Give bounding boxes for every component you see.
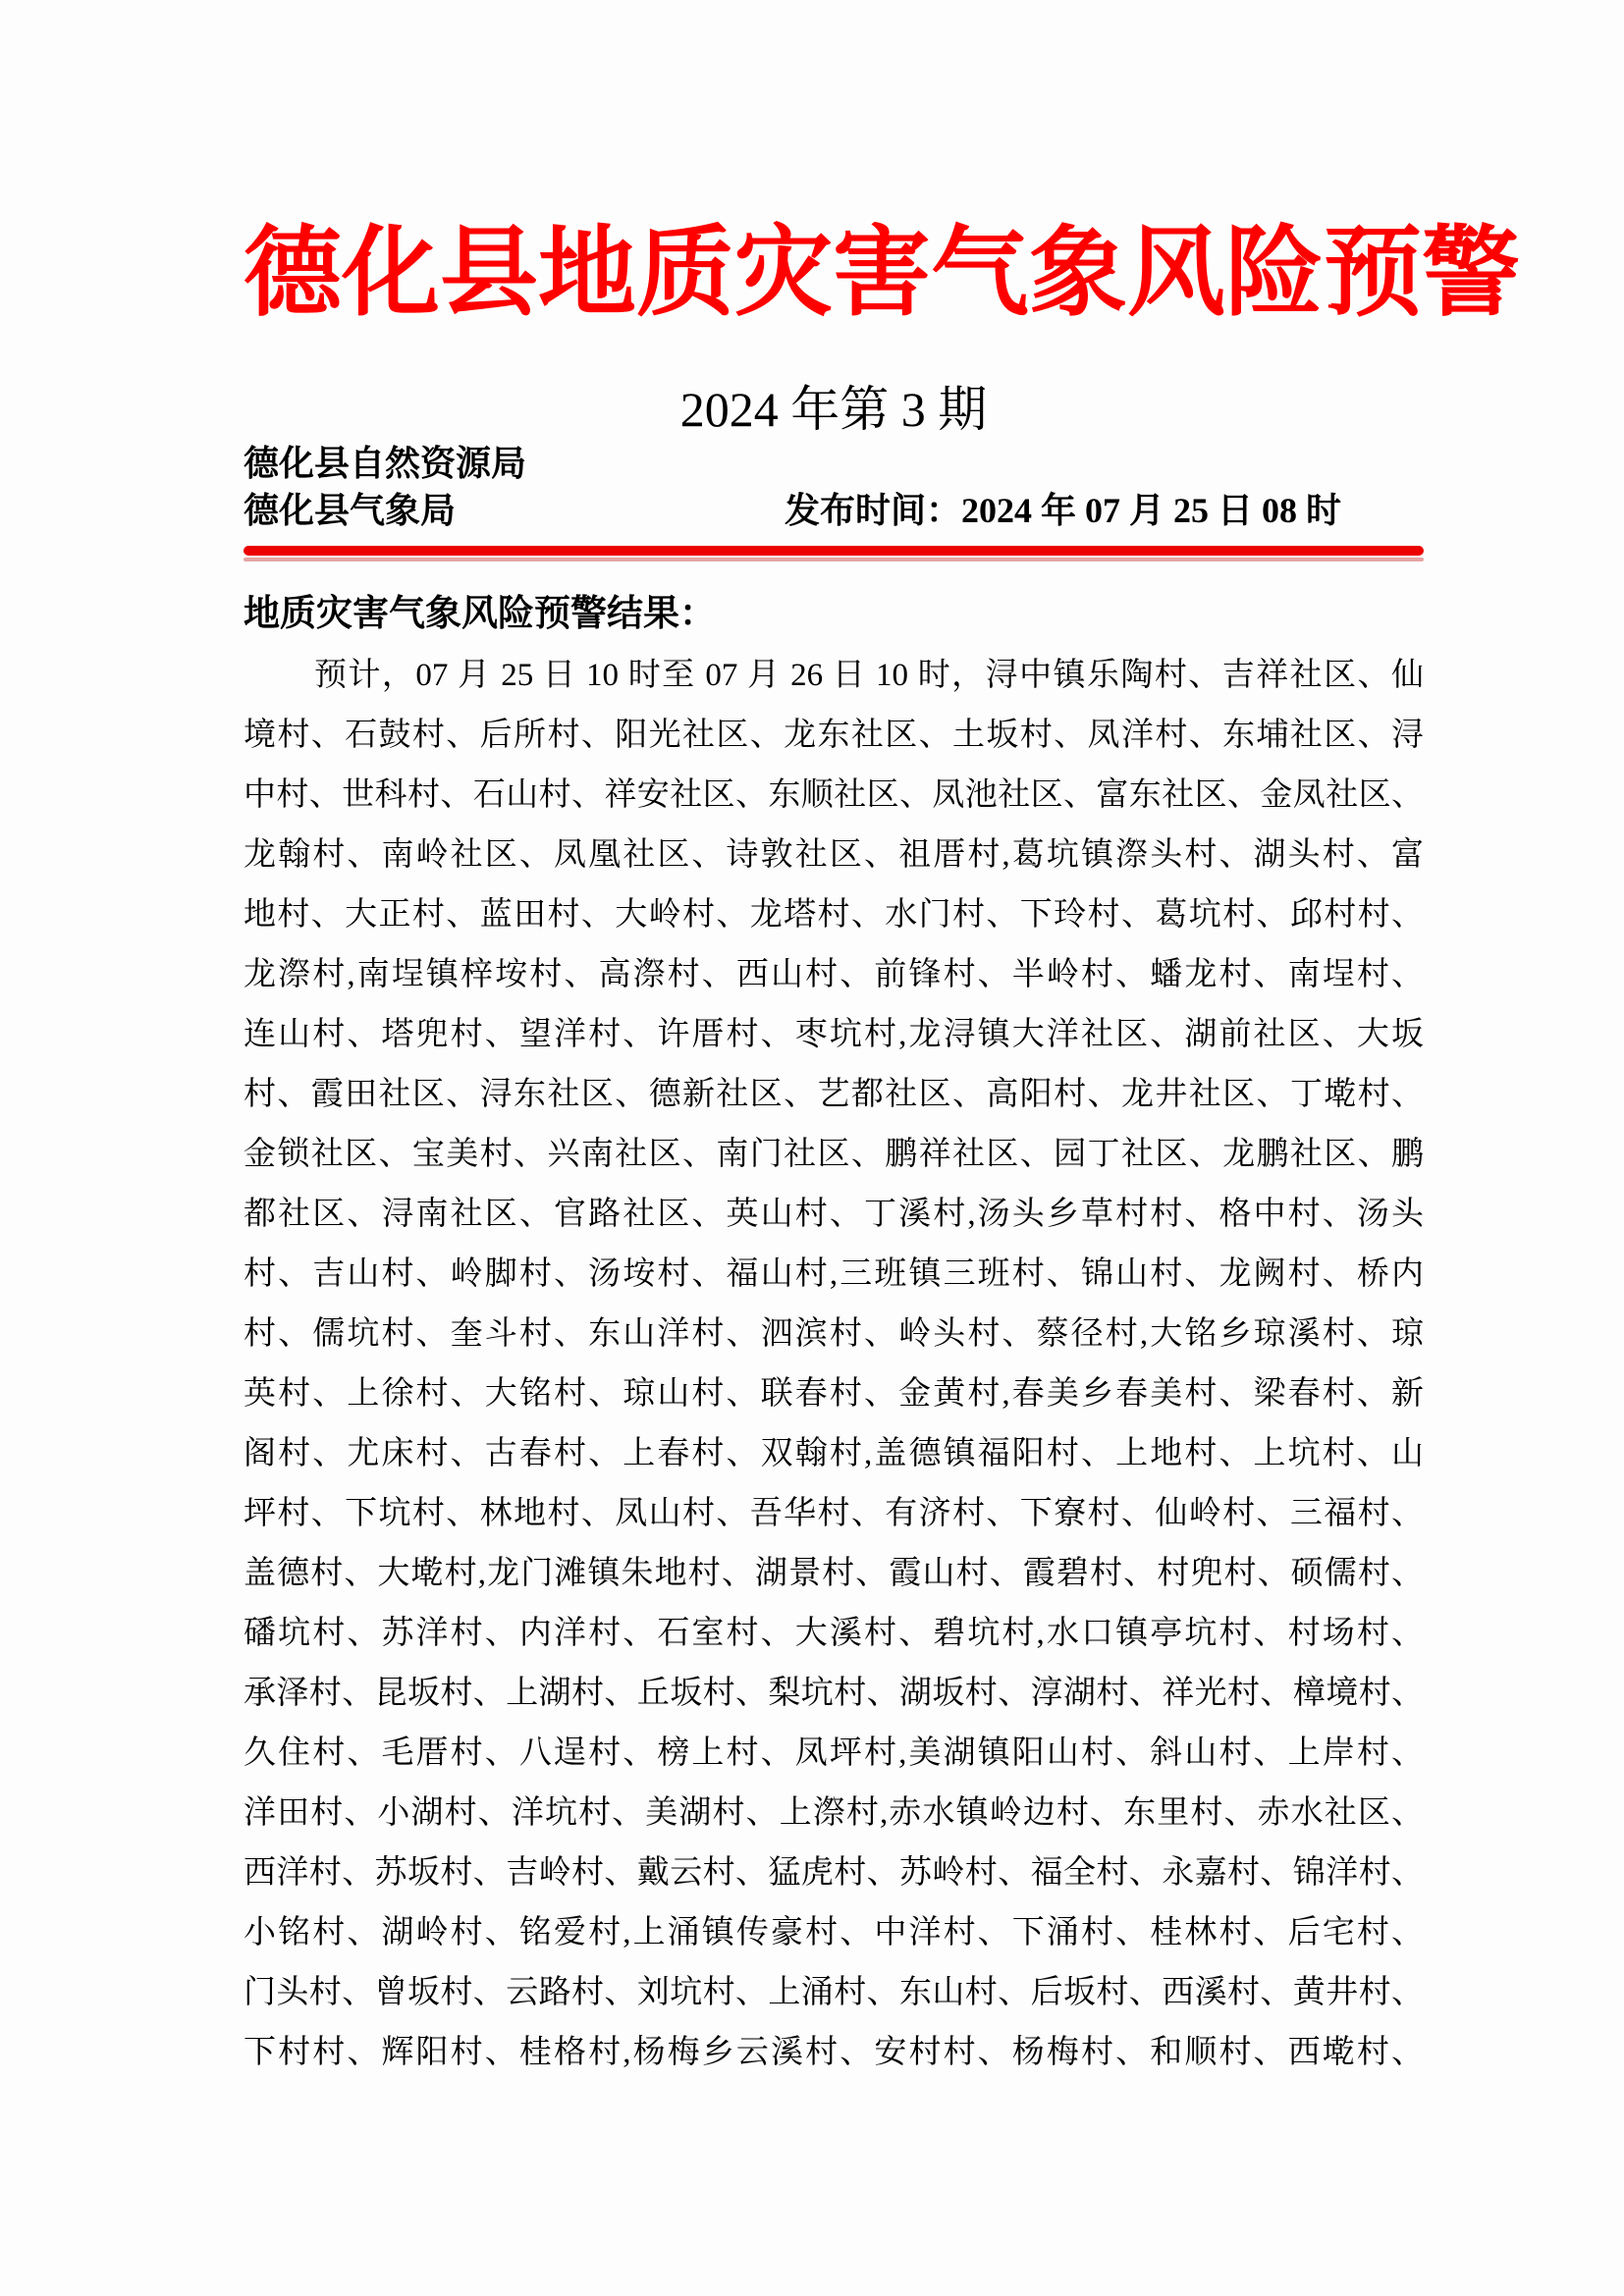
- forecast-line: 村、霞田社区、浔东社区、德新社区、艺都社区、高阳村、龙井社区、丁墘村、: [244, 1065, 1424, 1125]
- forecast-line: 村、儒坑村、奎斗村、东山洋村、泗滨村、岭头村、蔡径村,大铭乡琼溪村、琼: [244, 1305, 1424, 1364]
- issue-number: 2024 年第 3 期: [244, 383, 1424, 436]
- publish-time: 发布时间：2024 年 07 月 25 日 08 时: [785, 487, 1341, 534]
- forecast-line: 龙翰村、南岭社区、凤凰社区、诗敦社区、祖厝村,葛坑镇漈头村、湖头村、富: [244, 826, 1424, 885]
- forecast-line: 预计，07 月 25 日 10 时至 07 月 26 日 10 时，浔中镇乐陶村…: [244, 646, 1424, 706]
- section-heading-forecast-result: 地质灾害气象风险预警结果：: [244, 591, 1424, 638]
- forecast-line: 中村、世科村、石山村、祥安社区、东顺社区、凤池社区、富东社区、金凤社区、: [244, 766, 1424, 826]
- forecast-line: 久住村、毛厝村、八逞村、榜上村、凤坪村,美湖镇阳山村、斜山村、上岸村、: [244, 1724, 1424, 1784]
- document-title: 德化县地质灾害气象风险预警: [244, 0, 1424, 330]
- forecast-line: 盖德村、大墘村,龙门滩镇朱地村、湖景村、霞山村、霞碧村、村兜村、硕儒村、: [244, 1544, 1424, 1604]
- agency-meteorological-bureau: 德化县气象局: [244, 491, 456, 530]
- forecast-line: 境村、石鼓村、后所村、阳光社区、龙东社区、土坂村、凤洋村、东埔社区、浔: [244, 706, 1424, 766]
- forecast-line: 承泽村、昆坂村、上湖村、丘坂村、梨坑村、湖坂村、淳湖村、祥光村、樟境村、: [244, 1664, 1424, 1724]
- forecast-line: 磻坑村、苏洋村、内洋村、石室村、大溪村、碧坑村,水口镇亭坑村、村场村、: [244, 1604, 1424, 1664]
- forecast-line: 金锁社区、宝美村、兴南社区、南门社区、鹏祥社区、园丁社区、龙鹏社区、鹏: [244, 1125, 1424, 1185]
- forecast-line: 地村、大正村、蓝田村、大岭村、龙塔村、水门村、下玲村、葛坑村、邱村村、: [244, 885, 1424, 945]
- forecast-line: 都社区、浔南社区、官路社区、英山村、丁溪村,汤头乡草村村、格中村、汤头: [244, 1185, 1424, 1245]
- forecast-line: 龙漈村,南埕镇梓垵村、高漈村、西山村、前锋村、半岭村、蟠龙村、南埕村、: [244, 945, 1424, 1005]
- forecast-line: 英村、上徐村、大铭村、琼山村、联春村、金黄村,春美乡春美村、梁春村、新: [244, 1364, 1424, 1424]
- forecast-line: 坪村、下坑村、林地村、凤山村、吾华村、有济村、下寮村、仙岭村、三福村、: [244, 1484, 1424, 1544]
- forecast-line: 下村村、辉阳村、桂格村,杨梅乡云溪村、安村村、杨梅村、和顺村、西墘村、: [244, 2023, 1424, 2083]
- forecast-line: 连山村、塔兜村、望洋村、许厝村、枣坑村,龙浔镇大洋社区、湖前社区、大坂: [244, 1005, 1424, 1065]
- forecast-paragraph: 预计，07 月 25 日 10 时至 07 月 26 日 10 时，浔中镇乐陶村…: [244, 646, 1424, 2083]
- red-divider-rule: [244, 546, 1424, 561]
- header-agency-block: 德化县自然资源局 德化县气象局发布时间：2024 年 07 月 25 日 08 …: [244, 440, 1424, 534]
- red-divider-thin-line: [244, 558, 1424, 561]
- agency-natural-resources-bureau: 德化县自然资源局: [244, 440, 1424, 487]
- forecast-line: 洋田村、小湖村、洋坑村、美湖村、上漈村,赤水镇岭边村、东里村、赤水社区、: [244, 1784, 1424, 1843]
- forecast-line: 西洋村、苏坂村、吉岭村、戴云村、猛虎村、苏岭村、福全村、永嘉村、锦洋村、: [244, 1843, 1424, 1903]
- forecast-line: 门头村、曾坂村、云路村、刘坑村、上涌村、东山村、后坂村、西溪村、黄井村、: [244, 1963, 1424, 2023]
- forecast-line: 阁村、尤床村、古春村、上春村、双翰村,盖德镇福阳村、上地村、上坑村、山: [244, 1424, 1424, 1484]
- document-page: 德化县地质灾害气象风险预警 2024 年第 3 期 德化县自然资源局 德化县气象…: [0, 0, 1624, 2296]
- forecast-line: 村、吉山村、岭脚村、汤垵村、福山村,三班镇三班村、锦山村、龙阙村、桥内: [244, 1245, 1424, 1305]
- agency-publish-row: 德化县气象局发布时间：2024 年 07 月 25 日 08 时: [244, 487, 1424, 534]
- forecast-line: 小铭村、湖岭村、铭爱村,上涌镇传豪村、中洋村、下涌村、桂林村、后宅村、: [244, 1903, 1424, 1963]
- red-divider-thick-line: [244, 546, 1424, 556]
